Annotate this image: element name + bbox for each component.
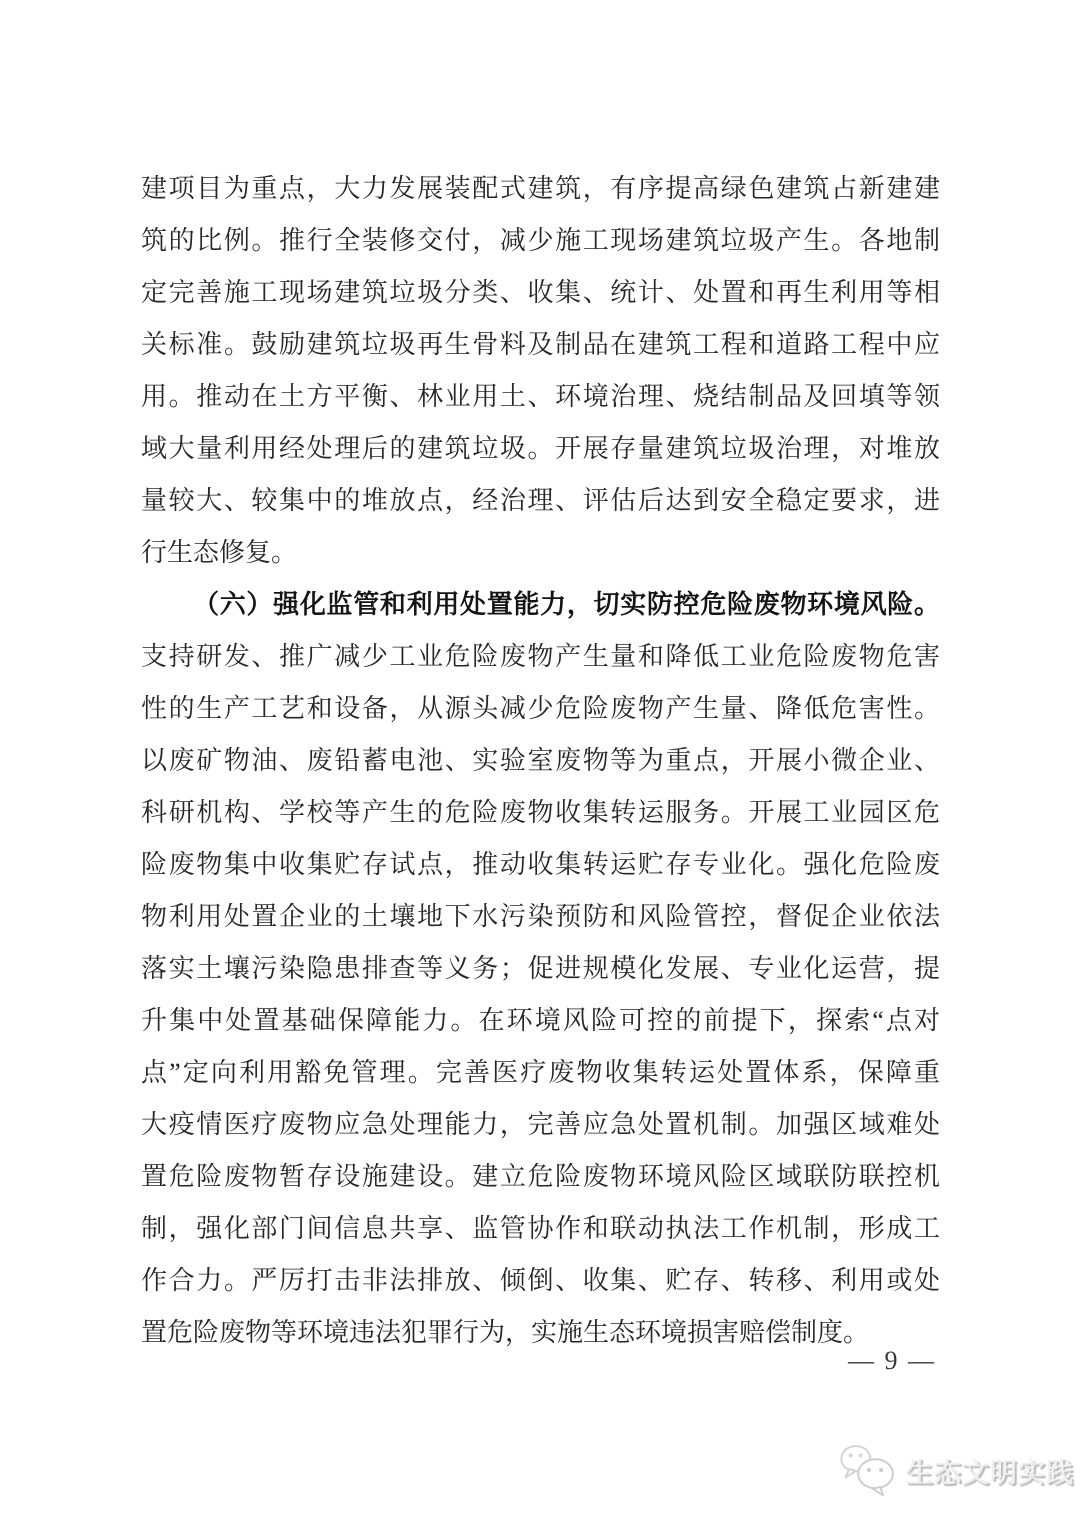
watermark: 生态文明实践 — [838, 1441, 1074, 1499]
text-line: 置危险废物暂存设施建设。建立危险废物环境风险区域联防联控机 — [141, 1151, 940, 1203]
text-line: 物利用处置企业的土壤地下水污染预防和风险管控，督促企业依法 — [141, 891, 940, 943]
text-line: 作合力。严厉打击非法排放、倾倒、收集、贮存、转移、利用或处 — [141, 1255, 940, 1307]
watermark-label: 生态文明实践 — [906, 1451, 1074, 1490]
text-line: 大疫情医疗废物应急处理能力，完善应急处置机制。加强区域难处 — [141, 1099, 940, 1151]
text-line: 性的生产工艺和设备，从源头减少危险废物产生量、降低危害性。 — [141, 683, 940, 735]
text-line: 以废矿物油、废铅蓄电池、实验室废物等为重点，开展小微企业、 — [141, 735, 940, 787]
section-heading: （六）强化监管和利用处置能力，切实防控危险废物环境风险。 — [141, 579, 940, 631]
text-line: 量较大、较集中的堆放点，经治理、评估后达到安全稳定要求，进 — [141, 475, 940, 527]
document-body: 建项目为重点，大力发展装配式建筑，有序提高绿色建筑占新建建 筑的比例。推行全装修… — [141, 163, 940, 1359]
text-line: 关标准。鼓励建筑垃圾再生骨料及制品在建筑工程和道路工程中应 — [141, 319, 940, 371]
text-line: 险废物集中收集贮存试点，推动收集转运贮存专业化。强化危险废 — [141, 839, 940, 891]
text-line: 建项目为重点，大力发展装配式建筑，有序提高绿色建筑占新建建 — [141, 163, 940, 215]
text-line: 科研机构、学校等产生的危险废物收集转运服务。开展工业园区危 — [141, 787, 940, 839]
text-line: 落实土壤污染隐患排查等义务；促进规模化发展、专业化运营，提 — [141, 943, 940, 995]
text-line: 定完善施工现场建筑垃圾分类、收集、统计、处置和再生利用等相 — [141, 267, 940, 319]
text-line: 升集中处置基础保障能力。在环境风险可控的前提下，探索“点对 — [141, 995, 940, 1047]
text-line: 用。推动在土方平衡、林业用土、环境治理、烧结制品及回填等领 — [141, 371, 940, 423]
wechat-chat-bubbles-icon — [838, 1441, 898, 1499]
paragraph-last-line: 行生态修复。 — [141, 527, 940, 579]
text-line: 点”定向利用豁免管理。完善医疗废物收集转运处置体系，保障重 — [141, 1047, 940, 1099]
text-line: 域大量利用经处理后的建筑垃圾。开展存量建筑垃圾治理，对堆放 — [141, 423, 940, 475]
document-page: 建项目为重点，大力发展装配式建筑，有序提高绿色建筑占新建建 筑的比例。推行全装修… — [0, 0, 1080, 1527]
text-line: 制，强化部门间信息共享、监管协作和联动执法工作机制，形成工 — [141, 1203, 940, 1255]
text-line: 筑的比例。推行全装修交付，减少施工现场建筑垃圾产生。各地制 — [141, 215, 940, 267]
text-line: 支持研发、推广减少工业危险废物产生量和降低工业危险废物危害 — [141, 631, 940, 683]
page-number: — 9 — — [141, 1346, 936, 1376]
